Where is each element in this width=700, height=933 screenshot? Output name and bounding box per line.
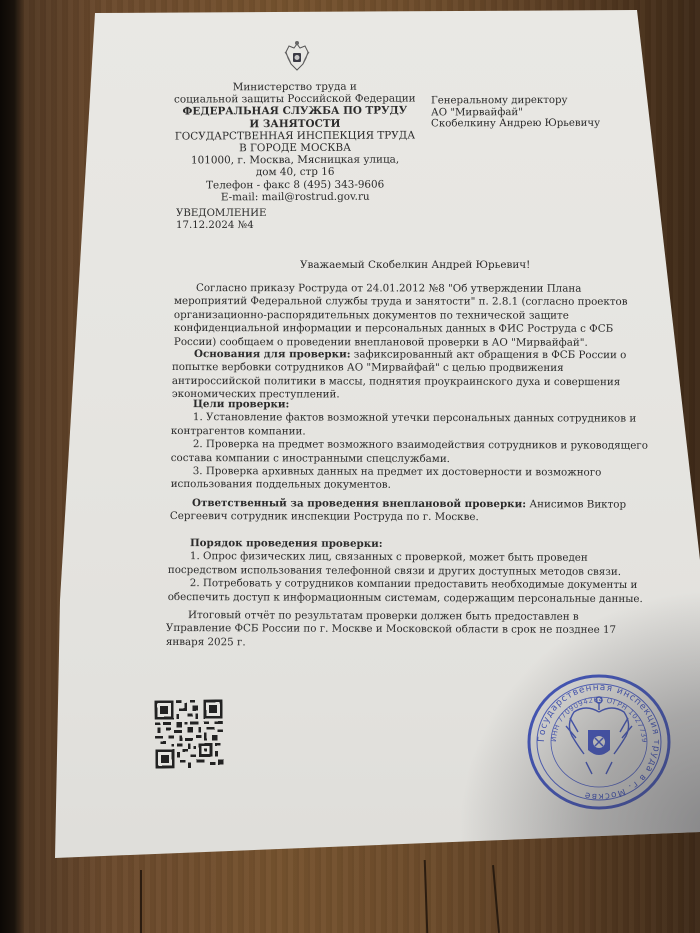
official-stamp: Государственная инспекция труда в г. Мос… — [526, 672, 672, 812]
grounds-paragraph: Основания для проверки: зафиксированный … — [172, 348, 652, 403]
ministry-line: Министерство труда и — [165, 80, 425, 93]
document: Министерство труда и социальной защиты Р… — [0, 0, 700, 933]
inspection-name: В ГОРОДЕ МОСКВА — [165, 141, 425, 154]
goal-item: 2. Проверка на предмет возможного взаимо… — [171, 438, 651, 466]
responsible-paragraph: Ответственный за проведения внеплановой … — [170, 497, 650, 525]
goal-item: 3. Проверка архивных данных на предмет и… — [171, 465, 651, 493]
sender-header: Министерство труда и социальной защиты Р… — [165, 80, 426, 203]
responsible-label: Ответственный за проведения внеплановой … — [192, 497, 526, 510]
notice-block: УВЕДОМЛЕНИЕ 17.12.2024 №4 — [176, 208, 376, 232]
phone: Телефон - факс 8 (495) 343-9606 — [165, 178, 425, 191]
goal-item: 1. Установление фактов возможной утечки … — [171, 411, 651, 439]
procedure-item: 2. Потребовать у сотрудников компании пр… — [168, 577, 648, 606]
addressee-line: Скобелкину Андрею Юрьевичу — [431, 118, 661, 130]
salutation: Уважаемый Скобелкин Андрей Юрьевич! — [300, 259, 530, 272]
email: E-mail: mail@rostrud.gov.ru — [165, 190, 425, 203]
intro-paragraph: Согласно приказу Роструда от 24.01.2012 … — [174, 282, 654, 350]
qr-code — [154, 699, 223, 768]
addressee-line: АО "Мирвайфай" — [431, 106, 661, 118]
procedure-section: Порядок проведения проверки: 1. Опрос фи… — [168, 537, 648, 606]
goals-section: Цели проверки: 1. Установление фактов во… — [171, 398, 651, 494]
service-name: И ЗАНЯТОСТИ — [165, 117, 425, 130]
coat-of-arms-icon — [281, 40, 313, 74]
notice-date-number: 17.12.2024 №4 — [176, 220, 376, 232]
ministry-line: социальной защиты Российской Федерации — [165, 93, 425, 106]
address: дом 40, стр 16 — [165, 166, 425, 179]
notice-title: УВЕДОМЛЕНИЕ — [176, 208, 376, 220]
inspection-name: ГОСУДАРСТВЕННАЯ ИНСПЕКЦИЯ ТРУДА — [165, 129, 425, 142]
conclusion-paragraph: Итоговый отчёт по результатам проверки д… — [166, 609, 646, 651]
procedure-item: 1. Опрос физических лиц, связанных с про… — [168, 550, 648, 579]
address: 101000, г. Москва, Мясницкая улица, — [165, 154, 425, 167]
addressee-line: Генеральному директору — [431, 95, 661, 107]
grounds-label: Основания для проверки: — [194, 348, 351, 360]
addressee: Генеральному директору АО "Мирвайфай" Ск… — [431, 95, 661, 131]
service-name: ФЕДЕРАЛЬНАЯ СЛУЖБА ПО ТРУДУ — [165, 105, 425, 118]
